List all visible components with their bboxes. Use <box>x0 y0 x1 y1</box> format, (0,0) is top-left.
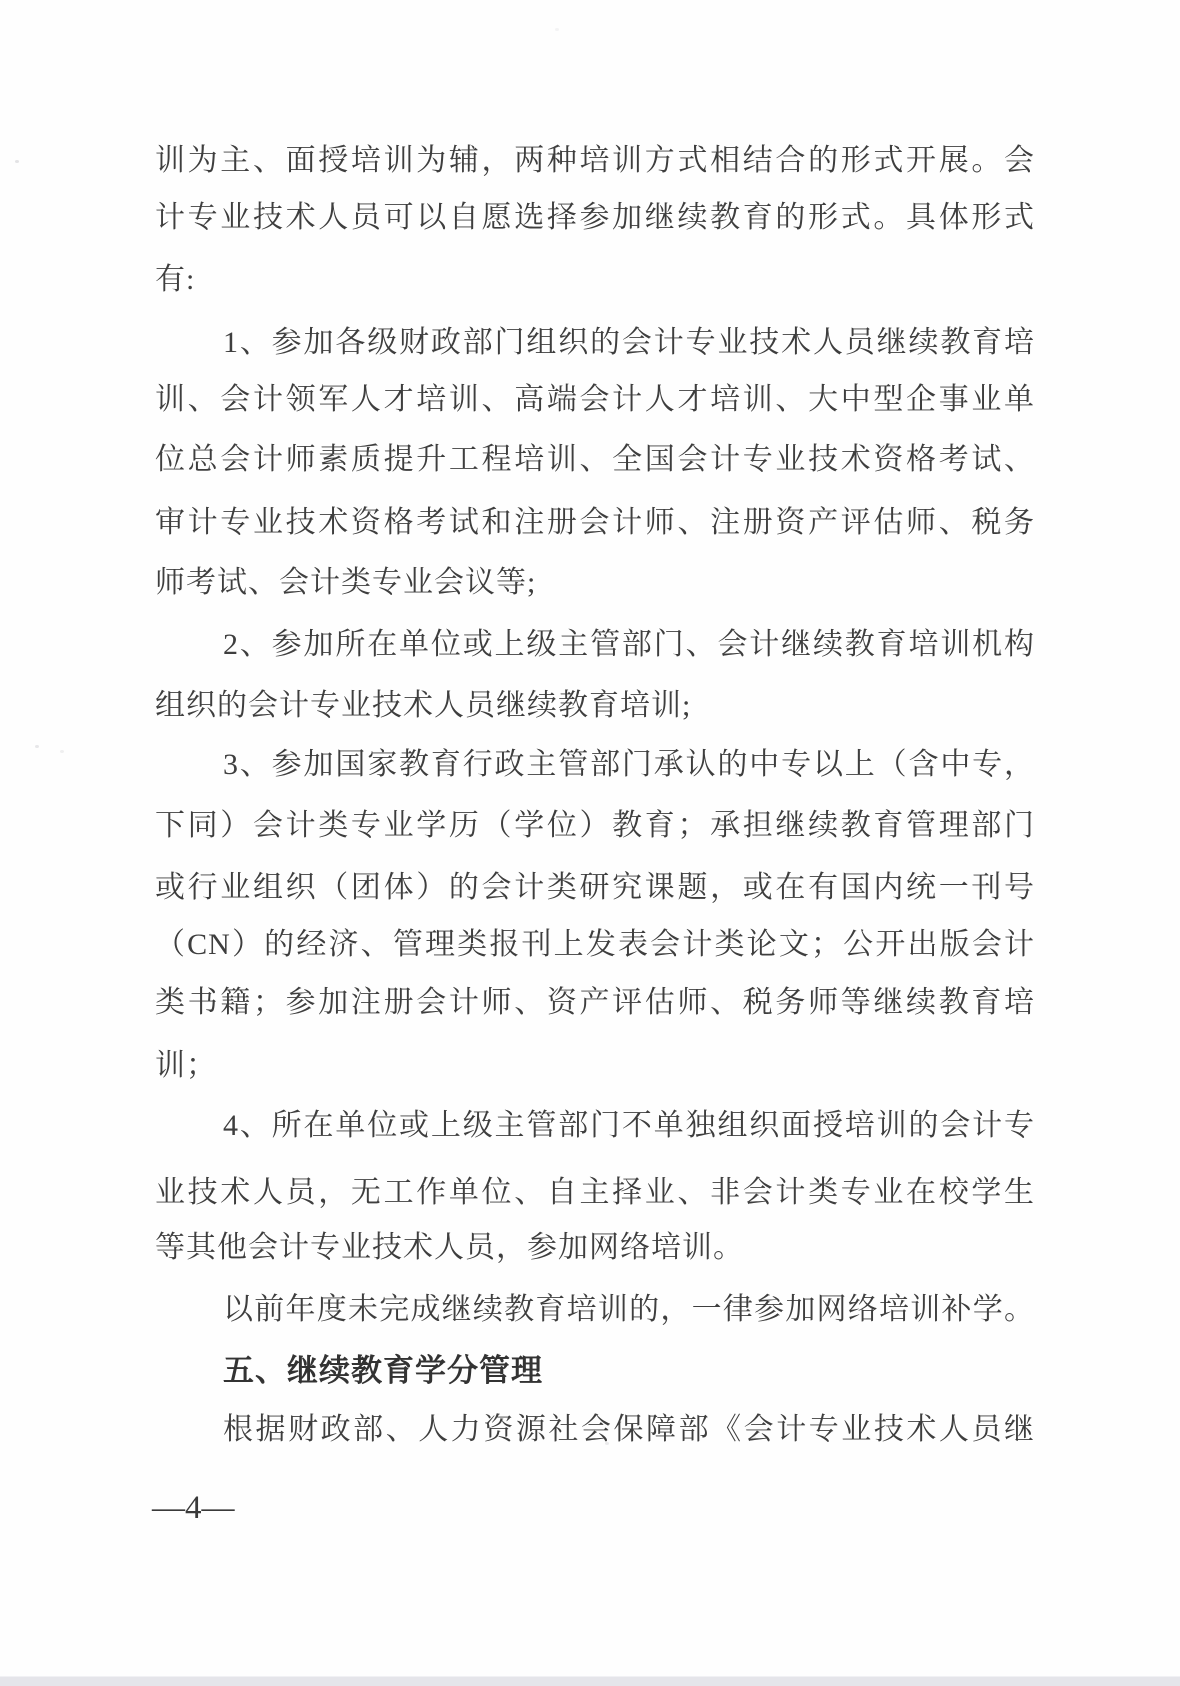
text-line: 根据财政部、人力资源社会保障部《会计专业技术人员继 <box>155 1410 1035 1454</box>
page-number: —4— <box>152 1488 235 1528</box>
bottom-edge-bar <box>0 1676 1180 1686</box>
text-line: 业技术人员，无工作单位、自主择业、非会计类专业在校学生 <box>155 1173 1035 1217</box>
text-line: 或行业组织（团体）的会计类研究课题，或在有国内统一刊号 <box>155 868 1035 912</box>
text-line: 训、会计领军人才培训、高端会计人才培训、大中型企事业单 <box>155 380 1035 424</box>
text-line: 下同）会计类专业学历（学位）教育；承担继续教育管理部门 <box>155 806 1035 850</box>
text-line: 4、所在单位或上级主管部门不单独组织面授培训的会计专 <box>155 1106 1035 1150</box>
text-line: 1、参加各级财政部门组织的会计专业技术人员继续教育培 <box>155 323 1035 367</box>
text-line: 以前年度未完成继续教育培训的，一律参加网络培训补学。 <box>155 1290 1035 1334</box>
text-line: 位总会计师素质提升工程培训、全国会计专业技术资格考试、 <box>155 440 1035 484</box>
text-line: 组织的会计专业技术人员继续教育培训; <box>155 686 1035 730</box>
section-heading: 五、继续教育学分管理 <box>155 1351 1035 1395</box>
text-line: 等其他会计专业技术人员，参加网络培训。 <box>155 1228 1035 1272</box>
text-line: （CN）的经济、管理类报刊上发表会计类论文；公开出版会计 <box>155 925 1035 969</box>
text-line: 2、参加所在单位或上级主管部门、会计继续教育培训机构 <box>155 625 1035 669</box>
text-line: 类书籍；参加注册会计师、资产评估师、税务师等继续教育培 <box>155 983 1035 1027</box>
text-line: 训为主、面授培训为辅，两种培训方式相结合的形式开展。会 <box>155 141 1035 185</box>
scanned-document-page: 训为主、面授培训为辅，两种培训方式相结合的形式开展。会 计专业技术人员可以自愿选… <box>0 0 1180 1686</box>
text-line: 3、参加国家教育行政主管部门承认的中专以上（含中专， <box>155 745 1035 789</box>
text-line: 训； <box>155 1046 1035 1090</box>
text-line: 审计专业技术资格考试和注册会计师、注册资产评估师、税务 <box>155 503 1035 547</box>
text-line: 计专业技术人员可以自愿选择参加继续教育的形式。具体形式 <box>155 198 1035 242</box>
text-line: 有: <box>155 260 1035 304</box>
scan-noise-specks <box>15 160 19 163</box>
text-line: 师考试、会计类专业会议等; <box>155 563 1035 607</box>
